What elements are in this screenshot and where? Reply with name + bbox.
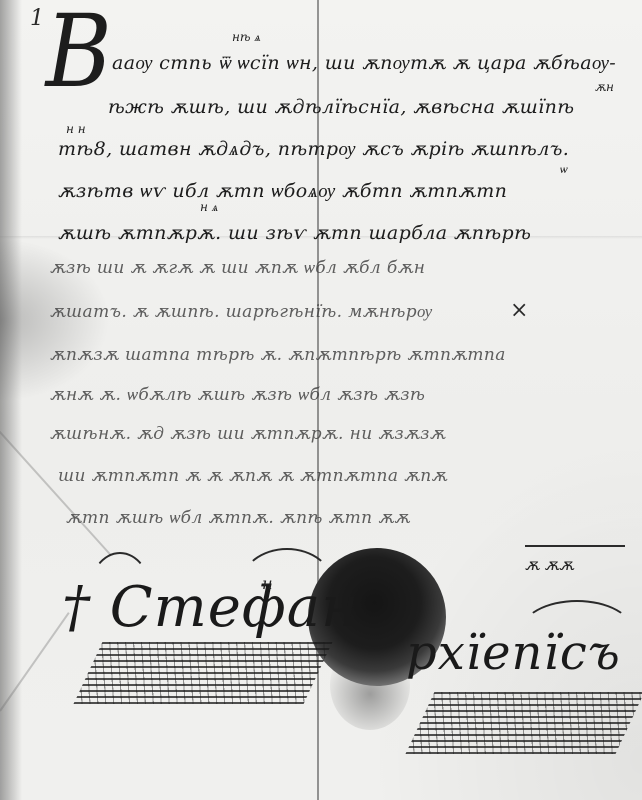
decorative-initial: В bbox=[46, 2, 112, 102]
text-line: ѫтп ѫшѣ ѡбл ѫтпѫ. ѫпѣ ѫтп ѫѫ bbox=[66, 508, 410, 528]
signature-superscript: н bbox=[262, 574, 273, 593]
text-line: ѫшѣнѫ. ѫд ѫзѣ ши ѫтпѫрѫ. ни ѫзѫзѫ bbox=[50, 424, 446, 444]
text-line: ѫнѫ ѫ. ѡбѫлѣ ѫшѣ ѫзѣ ѡбл ѫзѣ ѫзѣ bbox=[50, 385, 425, 405]
signature-hatching bbox=[406, 692, 642, 754]
line-superscript: нѣ ѧ bbox=[232, 30, 261, 45]
text-line: ѫпѫзѫ шатпа тѣрѣ ѫ. ѫпѫтпѣрѣ ѫтпѫтпа bbox=[50, 345, 506, 365]
text-line: ааѹ стпь ѿ ѡсїп ѡн, ши ѫпѹтѫ ѫ цара ѫбѣа… bbox=[112, 52, 616, 75]
text-line: ѫзѣтв ѡѵ ибл ѫтп ѡбоѧѹ ѫбтп ѫтпѫтп bbox=[58, 180, 507, 203]
line-superscript: ѫн bbox=[595, 80, 614, 94]
text-line: ши ѫтпѫтп ѫ ѫ ѫпѫ ѫ ѫтпѫтпа ѫпѫ bbox=[58, 466, 448, 486]
cross-mark: × bbox=[510, 298, 528, 323]
margin-number: 1 bbox=[30, 6, 44, 31]
text-line: ѣжѣ ѫшѣ, ши ѫдѣлїѣснїа, ѫвѣсна ѫшїпѣ bbox=[108, 96, 574, 118]
signature-hatching bbox=[74, 642, 333, 704]
text-line: ѫшатъ. ѫ ѫшпѣ. шарѣгѣнїѣ. мѫнѣрѹ bbox=[50, 302, 433, 322]
signature-left: † Стефан bbox=[62, 575, 359, 640]
text-line: ѫзѣ ши ѫ ѫгѫ ѫ ши ѫпѫ ѡбл ѫбл бѫн bbox=[50, 258, 425, 278]
signature-rule bbox=[525, 545, 625, 547]
manuscript-page: 1 В ааѹ стпь ѿ ѡсїп ѡн, ши ѫпѹтѫ ѫ цара … bbox=[0, 0, 642, 800]
line-superscript: н ѧ bbox=[200, 200, 218, 215]
signature-right: рхїепїсъ bbox=[406, 625, 621, 681]
page-edge-shadow bbox=[0, 0, 22, 800]
signature-note: ѫ ѫѫ bbox=[525, 555, 574, 574]
line-superscript: ѡ bbox=[560, 162, 568, 177]
text-line: ѫшѣ ѫтпѫрѫ. ши зѣѵ ѫтп шарбла ѫпѣрѣ bbox=[58, 222, 531, 244]
line-superscript: н н bbox=[66, 122, 86, 136]
text-line: тѣ8, шатвн ѫдѧдъ, пѣтрѹ ѫсъ ѫріѣ ѫшпѣлъ. bbox=[58, 138, 569, 161]
